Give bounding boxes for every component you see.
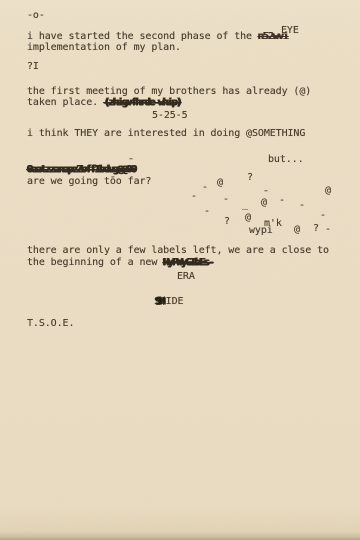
scatter-glyph: _	[242, 199, 248, 211]
scatter-glyph: @	[294, 224, 300, 236]
paragraph-6-line-1: there are only a few labels left, we are…	[27, 245, 329, 257]
scatter-glyph: ?	[313, 223, 319, 235]
hide-line: SHIDE	[155, 296, 183, 308]
date-line: 5-25-5	[152, 110, 188, 122]
paragraph-5: are we going tōo far?	[27, 176, 151, 188]
scatter-glyph: -	[202, 182, 208, 194]
paragraph-6-text: the beginning of a new	[27, 257, 163, 268]
paragraph-3-text: taken place.	[27, 97, 104, 108]
scatter-glyph: ?	[224, 216, 230, 228]
scatter-glyph: @	[217, 177, 223, 189]
scatter-glyph: @	[261, 197, 267, 209]
struck-word-2: (zhigvfhrde whip)	[104, 97, 181, 108]
scatter-glyph: -	[191, 191, 197, 203]
scatter-glyph: ?	[247, 172, 253, 184]
scatter-glyph: -	[204, 206, 210, 218]
hide-line-text: IDE	[166, 296, 184, 307]
signature-line: T.S.O.E.	[27, 318, 74, 330]
ink-blot: SH	[155, 296, 163, 307]
paragraph-1-text: i have started the second phase of the	[27, 31, 258, 42]
scatter-glyph: wypi	[249, 225, 273, 237]
scatter-glyph: -	[320, 210, 326, 222]
scatter-glyph: @	[325, 185, 331, 197]
garble-strikeout-line: 0aatzzanapzZoffIbdug@@00	[27, 164, 136, 176]
paper-sheet: -o- i have started the second phase of t…	[0, 0, 360, 540]
scatter-glyph: -	[299, 200, 305, 212]
but-line: but...	[268, 154, 304, 166]
scatter-glyph: -	[325, 224, 331, 236]
struck-word-3: HyPWyGIbEs-	[163, 257, 213, 268]
scatter-glyph: -	[223, 194, 229, 206]
paragraph-2: ?I	[27, 61, 39, 73]
paragraph-3-line-2: taken place. (zhigvfhrde whip)	[27, 97, 181, 109]
paragraph-4: i think THEY are interested in doing @SO…	[27, 128, 305, 140]
scatter-glyph: ¯	[128, 158, 134, 170]
scatter-glyph: -	[279, 195, 285, 207]
paragraph-1-line-2: implementation of my plan.	[27, 42, 181, 54]
paragraph-6-line-2: the beginning of a new HyPWyGIbEs-	[27, 257, 213, 269]
paper-grain-texture	[0, 0, 360, 540]
scatter-glyph: @	[245, 212, 251, 224]
page-marker: -o-	[27, 10, 45, 22]
overtyped-annotation-eye: EYE	[281, 25, 299, 37]
era-line: ERA	[177, 271, 195, 283]
